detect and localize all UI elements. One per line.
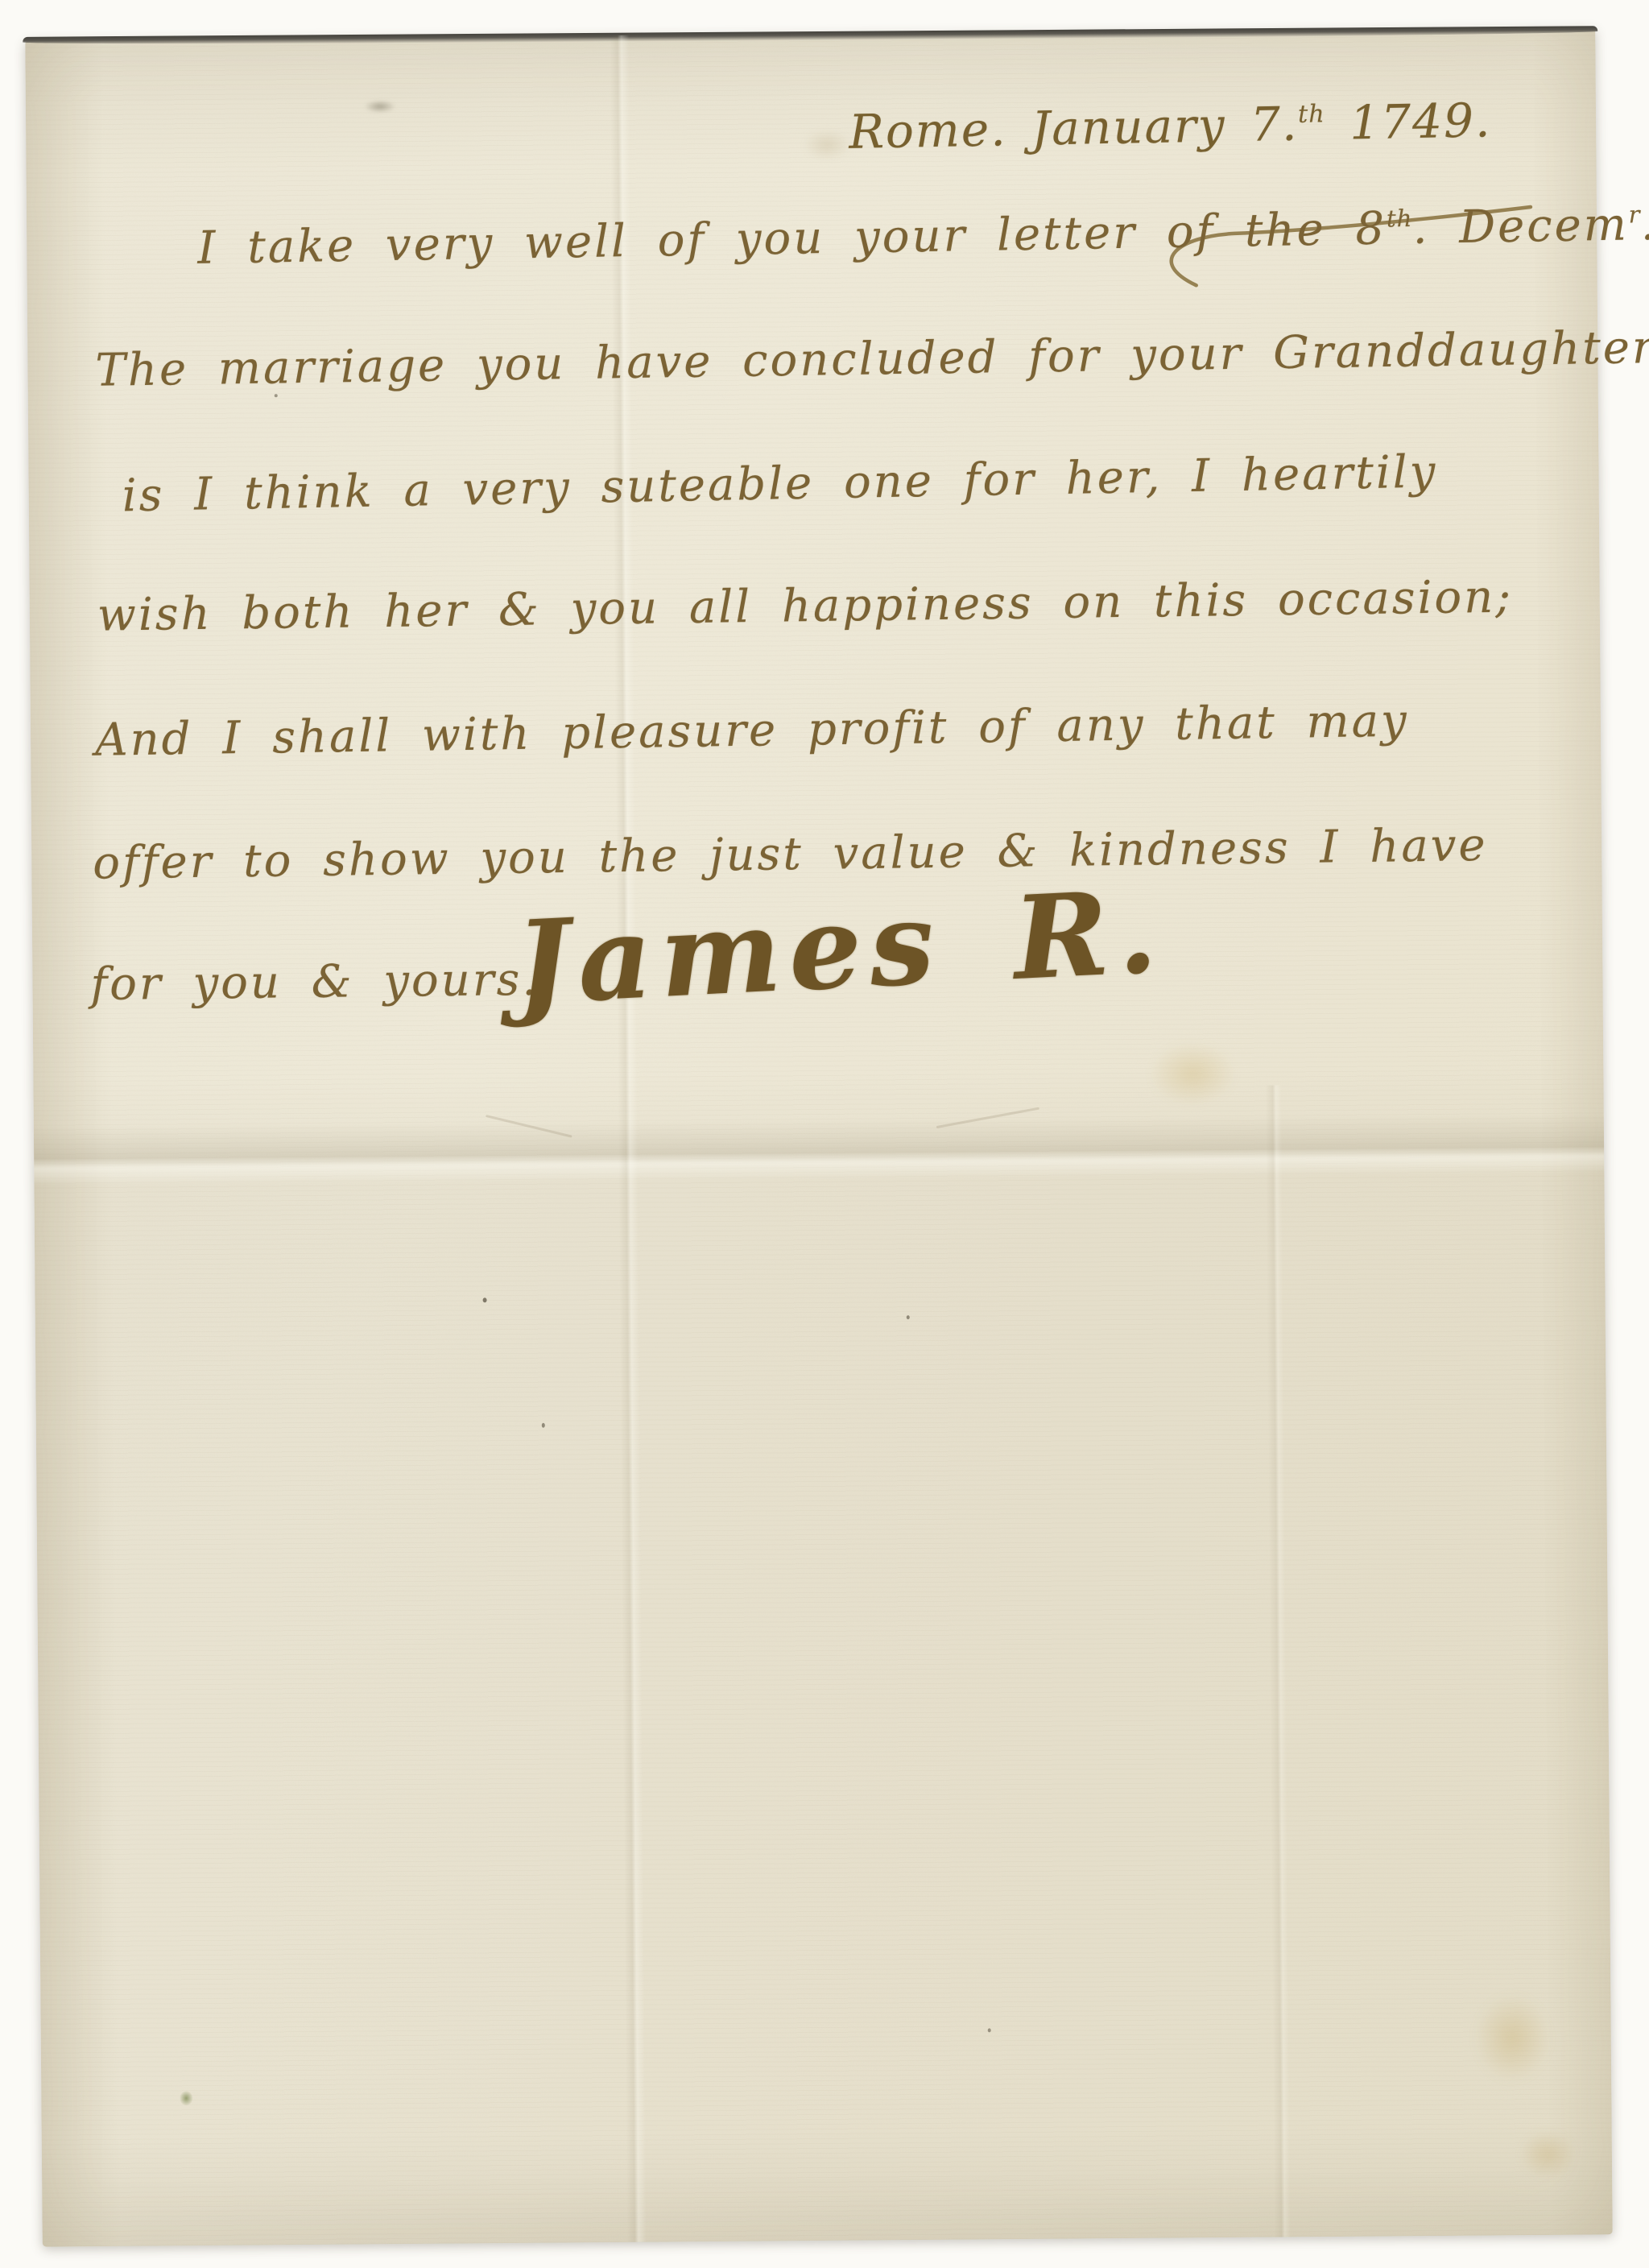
faint-stain [803,129,851,161]
line-segment: . [1640,198,1649,250]
letter-line-2: The marriage you have concluded for your… [95,321,1649,397]
letter-line-6: offer to show you the just value & kindn… [93,819,1488,890]
dark-speck [907,1315,910,1319]
letter-line-3: is I think a very suteable one for her, … [122,445,1438,522]
signature: James R. [513,865,1168,1031]
letter-page: Rome. January 7.th 1749. I take very wel… [25,27,1612,2246]
paper-top-edge [23,26,1597,46]
dateline-segment: 1749. [1325,93,1492,151]
line-segment: . Decem [1412,198,1629,254]
letter-line-7: for you & yours. [90,954,539,1011]
letter-line-1: I take very well of you your letter of t… [197,198,1649,275]
dark-speck [275,394,278,397]
dark-speck [988,2028,991,2032]
letter-line-4: wish both her & you all happiness on thi… [97,571,1513,642]
yellow-stain [1148,1041,1238,1107]
yellow-stain [1519,2130,1576,2179]
dark-speck [483,1297,487,1302]
fold-crease-vertical-right [1266,1085,1291,2237]
green-speck [180,2091,192,2105]
fold-crease-horizontal [34,1113,1605,1185]
scan-background: { "scan": { "colors": { "background": "#… [0,0,1649,2268]
line-superscript: r [1628,201,1640,228]
ink-smudge-stain [364,100,396,113]
dark-speck [542,1423,545,1428]
letter-dateline: Rome. January 7.th 1749. [849,93,1492,159]
yellow-stain [1473,1993,1551,2083]
dateline-superscript: th [1298,100,1325,129]
dateline-segment: Rome. January 7. [849,97,1299,159]
line-superscript: th [1387,205,1413,233]
line-segment: I take very well of you your letter of t… [197,202,1387,274]
letter-line-5: And I shall with pleasure profit of any … [95,695,1409,767]
scanned-letter-scene: Rome. January 7.th 1749. I take very wel… [0,0,1649,2268]
